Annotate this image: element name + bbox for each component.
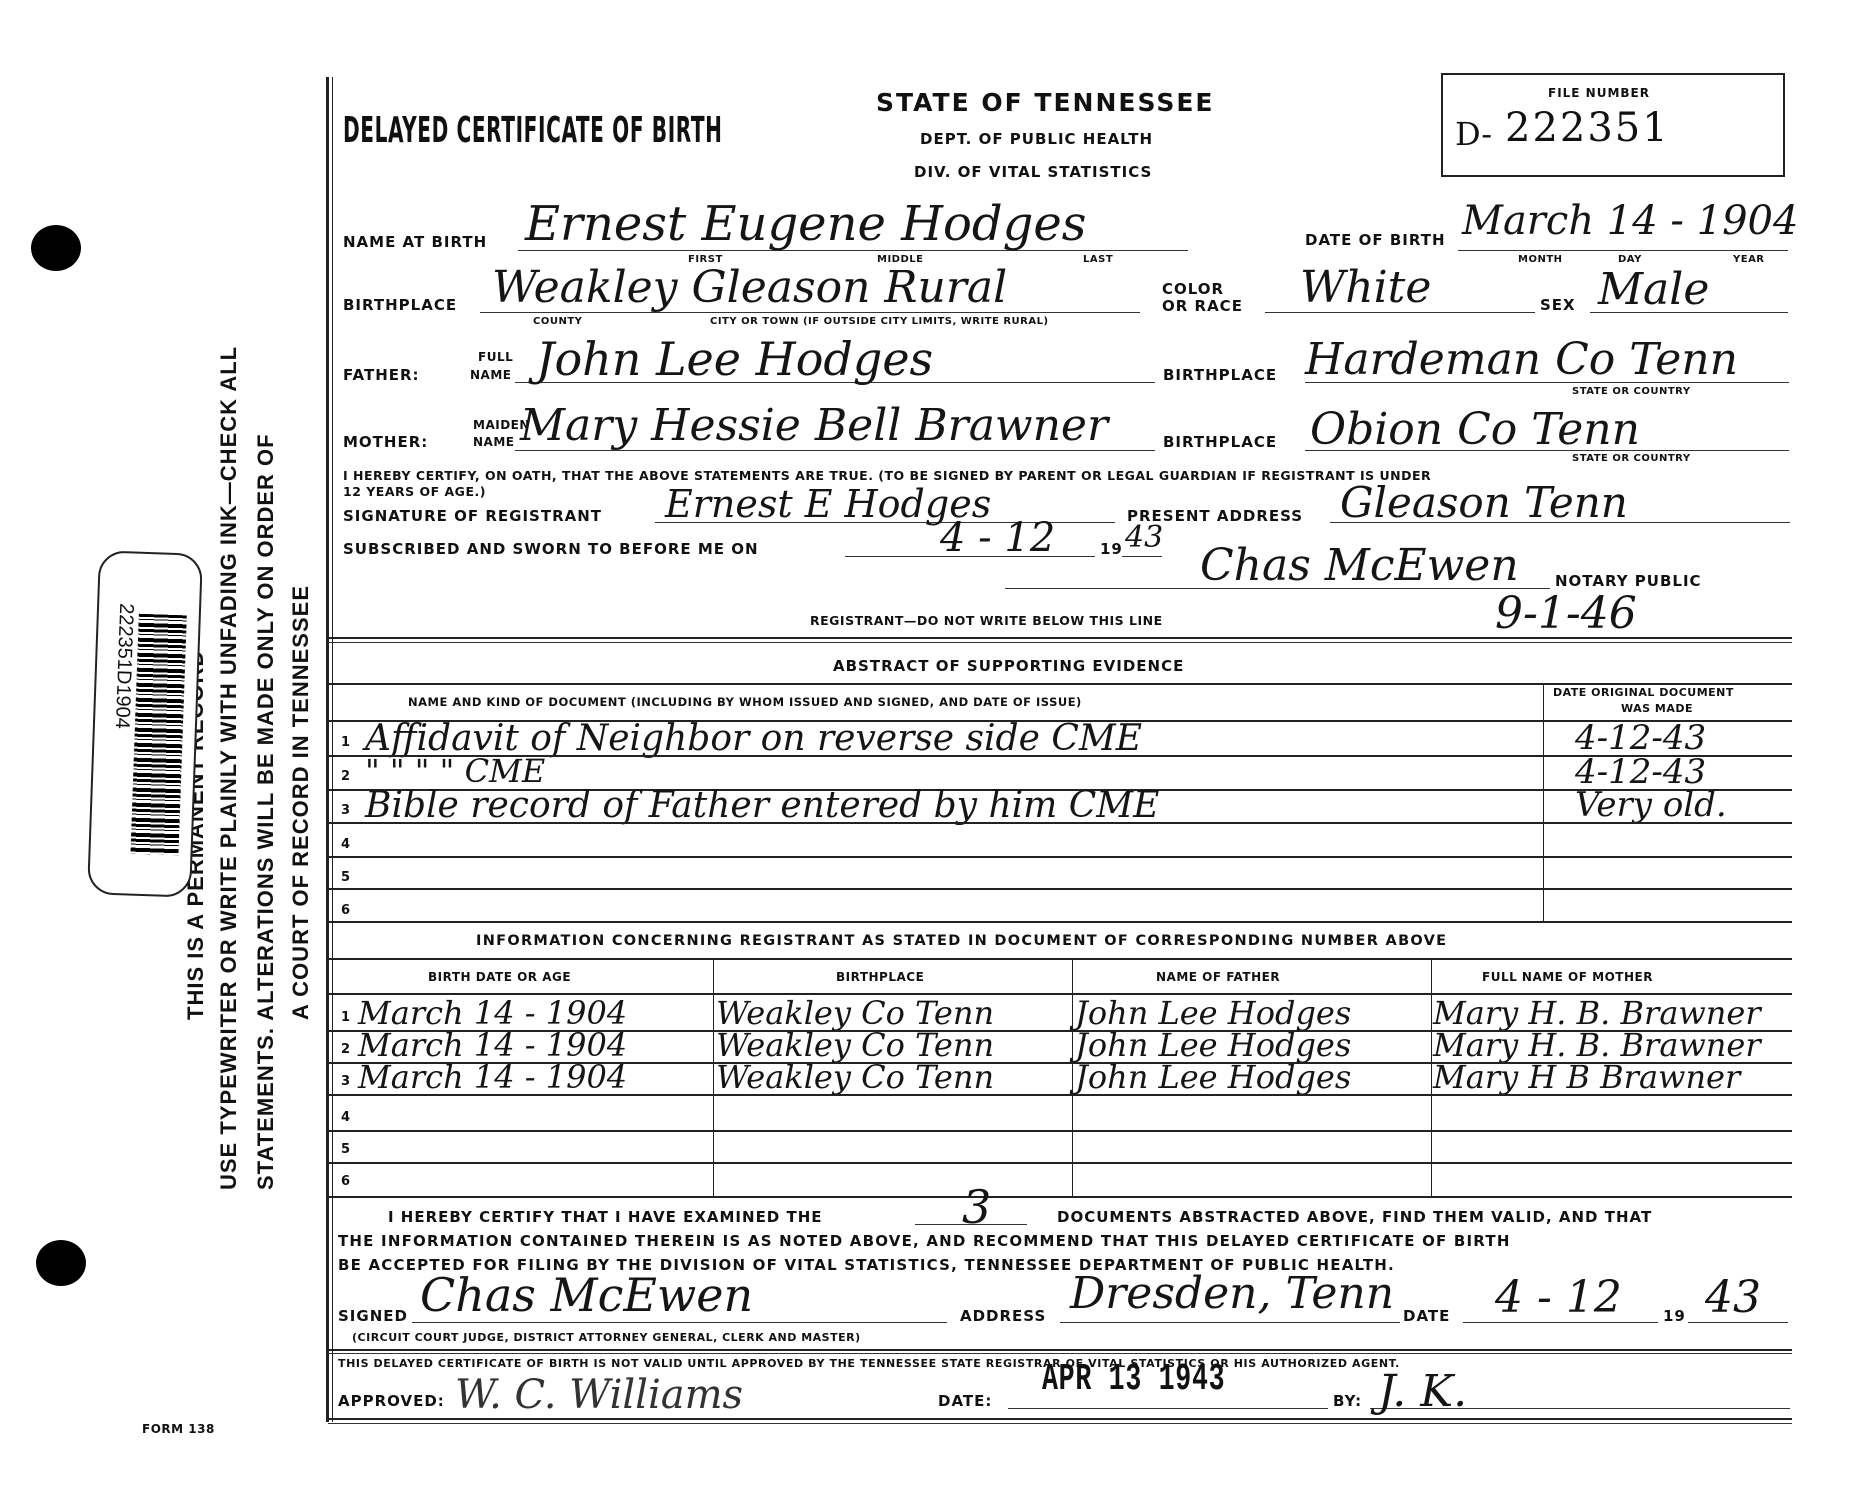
city-sublabel: CITY OR TOWN (IF OUTSIDE CITY LIMITS, WR… [710, 316, 1049, 327]
barcode-number: 222351D1904 [110, 603, 137, 729]
mother-birthplace-sublabel: STATE OR COUNTRY [1572, 453, 1691, 464]
information-title: INFORMATION CONCERNING REGISTRANT AS STA… [476, 933, 1447, 949]
file-number-prefix: D- [1455, 115, 1492, 153]
state-title: STATE OF TENNESSEE [876, 88, 1215, 117]
sworn-year-prefix: 19 [1100, 540, 1123, 558]
signed-label: SIGNED [338, 1307, 408, 1325]
abstract-document[interactable]: Bible record of Father entered by him CM… [365, 785, 1159, 826]
oath-certify-line2: 12 YEARS OF AGE.) [343, 484, 486, 499]
signed-value[interactable]: Chas McEwen [420, 1268, 753, 1322]
county-sublabel: COUNTY [533, 316, 582, 327]
abstract-col-divider [1543, 683, 1544, 921]
sworn-date-value[interactable]: 4 - 12 [940, 515, 1055, 561]
row-number: 6 [341, 1174, 350, 1189]
notary-signature-value[interactable]: Chas McEwen [1200, 540, 1519, 591]
info-col-birthplace: BIRTHPLACE [836, 970, 924, 984]
mother-birthplace-label: BIRTHPLACE [1163, 433, 1277, 451]
sex-label: SEX [1540, 296, 1576, 314]
row-line [328, 1130, 1792, 1132]
info-col-father: NAME OF FATHER [1156, 970, 1280, 984]
info-birth[interactable]: March 14 - 1904 [358, 1058, 627, 1096]
certificate-title: DELAYED CERTIFICATE OF BIRTH [343, 110, 723, 151]
name-label: NAME AT BIRTH [343, 233, 487, 251]
dept-title: DEPT. OF PUBLIC HEALTH [920, 130, 1153, 148]
side-notice-line4: A COURT OF RECORD IN TENNESSEE [288, 585, 314, 1020]
approval-date-line [1008, 1408, 1328, 1409]
abstract-date[interactable]: Very old. [1575, 785, 1727, 825]
file-number-box: FILE NUMBER D- 222351 [1441, 73, 1785, 177]
abstract-col-document: NAME AND KIND OF DOCUMENT (INCLUDING BY … [408, 695, 1082, 709]
father-label: FATHER: [343, 366, 420, 384]
hole-punch-bottom [36, 1240, 86, 1286]
form-number: FORM 138 [142, 1422, 215, 1436]
form-bottom-border-inner [328, 1423, 1792, 1424]
mother-name-value[interactable]: Mary Hessie Bell Brawner [520, 400, 1108, 451]
father-birthplace-label: BIRTHPLACE [1163, 366, 1277, 384]
side-notice-line2: USE TYPEWRITER OR WRITE PLAINLY WITH UNF… [216, 346, 242, 1190]
color-label-2: OR RACE [1162, 297, 1243, 315]
row-number: 2 [341, 1042, 350, 1057]
section-divider-inner [328, 642, 1792, 643]
name-last-sublabel: LAST [1083, 254, 1113, 265]
mother-birthplace-value[interactable]: Obion Co Tenn [1310, 404, 1640, 455]
registrant-signature-label: SIGNATURE OF REGISTRANT [343, 507, 602, 525]
address-label: ADDRESS [960, 1307, 1046, 1325]
documents-count[interactable]: 3 [962, 1180, 991, 1234]
father-birthplace-value[interactable]: Hardeman Co Tenn [1305, 334, 1738, 385]
row-line [328, 822, 1792, 824]
barcode [130, 614, 186, 856]
dob-line [1458, 250, 1788, 251]
division-title: DIV. OF VITAL STATISTICS [914, 163, 1152, 181]
sworn-year-line [1122, 556, 1162, 557]
form-left-border-inner [332, 77, 333, 1422]
father-name-value[interactable]: John Lee Hodges [536, 332, 933, 386]
address-value[interactable]: Dresden, Tenn [1070, 1268, 1394, 1319]
row-number: 1 [341, 735, 350, 750]
year-prefix: 19 [1663, 1307, 1686, 1325]
sworn-year-value[interactable]: 43 [1125, 520, 1163, 555]
abstract-col-date-1: DATE ORIGINAL DOCUMENT [1553, 686, 1734, 699]
approval-divider [328, 1349, 1792, 1351]
row-number: 1 [341, 1010, 350, 1025]
mother-label: MOTHER: [343, 433, 428, 451]
signed-line [412, 1322, 947, 1323]
approval-divider-inner [328, 1353, 1792, 1354]
hole-punch-top [31, 225, 81, 271]
row-number: 3 [341, 803, 350, 818]
certification-text-1a: I HEREBY CERTIFY THAT I HAVE EXAMINED TH… [388, 1208, 823, 1226]
by-label: BY: [1333, 1392, 1362, 1410]
row-line [328, 755, 1792, 757]
father-birthplace-sublabel: STATE OR COUNTRY [1572, 386, 1691, 397]
approved-value[interactable]: W. C. Williams [455, 1372, 743, 1418]
approval-date-stamp: APR 13 1943 [1042, 1358, 1225, 1401]
information-title-line [328, 958, 1792, 960]
birthplace-value[interactable]: Weakley Gleason Rural [492, 262, 1007, 313]
birthplace-label: BIRTHPLACE [343, 296, 457, 314]
date-value[interactable]: 4 - 12 [1495, 1272, 1622, 1323]
dob-year-sublabel: YEAR [1733, 254, 1765, 265]
row-number: 3 [341, 1074, 350, 1089]
section-divider [328, 637, 1792, 639]
abstract-col-date-2: WAS MADE [1621, 702, 1693, 715]
row-line [328, 888, 1792, 890]
row-number: 5 [341, 1142, 350, 1157]
row-number: 2 [341, 769, 350, 784]
father-full-label: FULL [478, 350, 513, 364]
dob-label: DATE OF BIRTH [1305, 231, 1446, 249]
mother-name-label: NAME [473, 435, 514, 449]
row-line [328, 1196, 1792, 1198]
date-label: DATE [1403, 1307, 1450, 1325]
color-label-1: COLOR [1162, 280, 1224, 298]
present-address-value[interactable]: Gleason Tenn [1340, 478, 1628, 527]
info-birthplace[interactable]: Weakley Co Tenn [716, 1058, 994, 1096]
row-number: 6 [341, 903, 350, 918]
oath-certify-line1: I HEREBY CERTIFY, ON OATH, THAT THE ABOV… [343, 468, 1431, 483]
color-value[interactable]: White [1300, 262, 1431, 313]
form-left-border [326, 77, 329, 1422]
file-number: 222351 [1505, 105, 1670, 151]
info-col-divider-3 [1431, 958, 1432, 1196]
info-col-divider-1 [713, 958, 714, 1196]
file-number-label: FILE NUMBER [1548, 86, 1650, 100]
abstract-title: ABSTRACT OF SUPPORTING EVIDENCE [833, 657, 1184, 675]
address-line [1060, 1322, 1400, 1323]
certification-text-1b: DOCUMENTS ABSTRACTED ABOVE, FIND THEM VA… [1057, 1208, 1652, 1226]
father-name-label: NAME [470, 368, 511, 382]
approval-notice: THIS DELAYED CERTIFICATE OF BIRTH IS NOT… [338, 1357, 1400, 1370]
dob-value[interactable]: March 14 - 1904 [1462, 198, 1798, 244]
commission-expires: 9-1-46 [1495, 588, 1637, 639]
sworn-label: SUBSCRIBED AND SWORN TO BEFORE ME ON [343, 540, 759, 558]
row-line [328, 921, 1792, 923]
approval-date-label: DATE: [938, 1392, 992, 1410]
row-line [328, 856, 1792, 858]
info-col-birth: BIRTH DATE OR AGE [428, 970, 571, 984]
registrant-notice: REGISTRANT—DO NOT WRITE BELOW THIS LINE [810, 613, 1163, 628]
approved-label: APPROVED: [338, 1392, 445, 1410]
info-father[interactable]: John Lee Hodges [1075, 1058, 1351, 1096]
year-value[interactable]: 43 [1705, 1272, 1761, 1323]
info-col-mother: FULL NAME OF MOTHER [1482, 970, 1653, 984]
side-notice-line3: STATEMENTS. ALTERATIONS WILL BE MADE ONL… [253, 433, 279, 1190]
row-line [328, 1162, 1792, 1164]
name-value[interactable]: Ernest Eugene Hodges [525, 196, 1086, 252]
by-value[interactable]: J. K. [1378, 1366, 1467, 1417]
row-line [328, 1094, 1792, 1096]
certification-text-2: THE INFORMATION CONTAINED THEREIN IS AS … [338, 1232, 1511, 1250]
info-col-divider-2 [1072, 958, 1073, 1196]
info-mother[interactable]: Mary H B Brawner [1433, 1058, 1740, 1096]
row-number: 5 [341, 870, 350, 885]
form-bottom-border [328, 1418, 1792, 1420]
sex-value[interactable]: Male [1598, 264, 1709, 315]
signer-title: (CIRCUIT COURT JUDGE, DISTRICT ATTORNEY … [352, 1331, 861, 1344]
row-number: 4 [341, 1110, 350, 1125]
dob-month-sublabel: MONTH [1518, 254, 1563, 265]
abstract-title-line [328, 683, 1792, 685]
barcode-sticker: 222351D1904 [87, 550, 203, 897]
row-number: 4 [341, 837, 350, 852]
